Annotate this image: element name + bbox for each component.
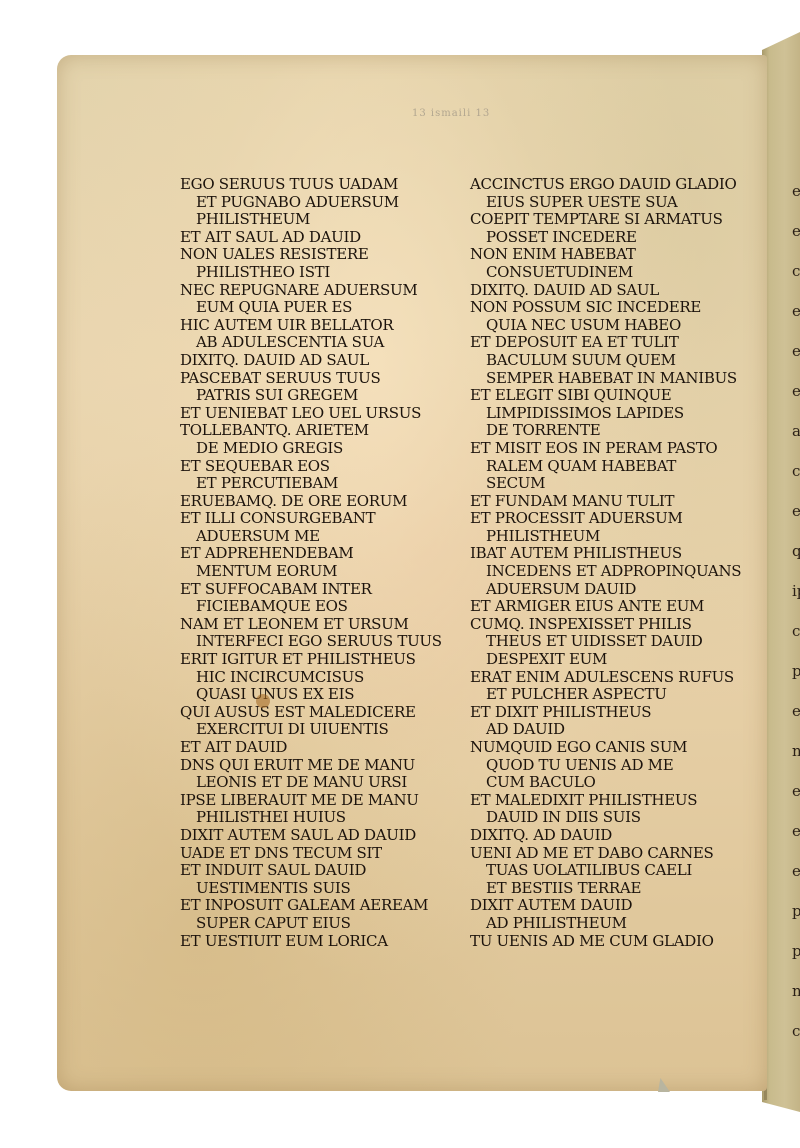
manuscript-line: erat enim adulescens rufus xyxy=(470,669,750,687)
manuscript-line: posset incedere xyxy=(470,229,750,247)
manuscript-line: eruebamq. de ore eorum xyxy=(180,493,470,511)
manuscript-line: non possum sic incedere xyxy=(470,299,750,317)
manuscript-line: non enim habebat xyxy=(470,246,750,264)
facing-page-fragment: e xyxy=(792,782,800,800)
manuscript-line: uestimentis suis xyxy=(180,880,470,898)
manuscript-line: dixitq. dauid ad saul xyxy=(180,352,470,370)
manuscript-line: non uales resistere xyxy=(180,246,470,264)
facing-page-fragment: er xyxy=(792,702,800,720)
manuscript-line: et percutiebam xyxy=(180,475,470,493)
facing-page-fragment: q xyxy=(792,542,800,560)
manuscript-line: et suffocabam inter xyxy=(180,581,470,599)
manuscript-line: nam et leonem et ursum xyxy=(180,616,470,634)
manuscript-line: ficiebamque eos xyxy=(180,598,470,616)
manuscript-line: semper habebat in manibus xyxy=(470,370,750,388)
manuscript-line: aduersum me xyxy=(180,528,470,546)
manuscript-line: ueni ad me et dabo carnes xyxy=(470,845,750,863)
facing-page-fragment: e xyxy=(792,302,800,320)
manuscript-line: accinctus ergo dauid gladio xyxy=(470,176,750,194)
manuscript-line: et armiger eius ante eum xyxy=(470,598,750,616)
manuscript-line: et misit eos in peram pasto xyxy=(470,440,750,458)
manuscript-line: dixit autem saul ad dauid xyxy=(180,827,470,845)
ink-stain xyxy=(256,694,270,708)
manuscript-line: ibat autem philistheus xyxy=(470,545,750,563)
manuscript-line: eum quia puer es xyxy=(180,299,470,317)
manuscript-line: mentum eorum xyxy=(180,563,470,581)
manuscript-line: et pulcher aspectu xyxy=(470,686,750,704)
manuscript-line: qui ausus est maledicere xyxy=(180,704,470,722)
manuscript-line: dixit autem dauid xyxy=(470,897,750,915)
facing-page-fragment: a xyxy=(792,422,800,440)
facing-page-fragment: er xyxy=(792,862,800,880)
facing-page-edge: eecceeeaceqipcpeerneererppencun xyxy=(762,32,800,1112)
manuscript-line: philisthei huius xyxy=(180,809,470,827)
manuscript-line: ipse liberauit me de manu xyxy=(180,792,470,810)
left-text-column: ego seruus tuus uadamet pugnabo aduersum… xyxy=(180,176,470,950)
manuscript-line: baculum suum quem xyxy=(470,352,750,370)
margin-note: 13 ismaili 13 xyxy=(412,108,490,119)
facing-page-fragment: c xyxy=(792,622,800,640)
manuscript-line: tu uenis ad me cum gladio xyxy=(470,933,750,951)
facing-page-fragment: cun xyxy=(792,1022,800,1040)
manuscript-line: pascebat seruus tuus xyxy=(180,370,470,388)
facing-page-fragment: n xyxy=(792,742,800,760)
facing-page-fragment: p xyxy=(792,902,800,920)
manuscript-line: theus et uidisset dauid xyxy=(470,633,750,651)
manuscript-line: et ueniebat leo uel ursus xyxy=(180,405,470,423)
facing-page-fragment: ec xyxy=(792,222,800,240)
manuscript-line: ad philistheum xyxy=(470,915,750,933)
manuscript-line: ab adulescentia sua xyxy=(180,334,470,352)
manuscript-line: et deposuit ea et tulit xyxy=(470,334,750,352)
manuscript-line: de medio gregis xyxy=(180,440,470,458)
facing-page-fragment: pe xyxy=(792,662,800,680)
facing-page-fragment: er xyxy=(792,822,800,840)
manuscript-line: numquid ego canis sum xyxy=(470,739,750,757)
manuscript-line: et bestiis terrae xyxy=(470,880,750,898)
manuscript-line: aduersum dauid xyxy=(470,581,750,599)
manuscript-line: et maledixit philistheus xyxy=(470,792,750,810)
facing-page-fragment: n xyxy=(792,982,800,1000)
manuscript-line: secum xyxy=(470,475,750,493)
facing-page-fragment: c xyxy=(792,262,800,280)
manuscript-line: philistheum xyxy=(180,211,470,229)
manuscript-line: de torrente xyxy=(470,422,750,440)
facing-page-fragment: e xyxy=(792,182,800,200)
manuscript-line: dixitq. ad dauid xyxy=(470,827,750,845)
manuscript-line: patris sui gregem xyxy=(180,387,470,405)
right-text-column: accinctus ergo dauid gladioeius super ue… xyxy=(470,176,750,950)
facing-page-fragment: c xyxy=(792,462,800,480)
manuscript-line: ego seruus tuus uadam xyxy=(180,176,470,194)
facing-page-fragment: e xyxy=(792,502,800,520)
facing-page-fragment: e xyxy=(792,382,800,400)
manuscript-line: et sequebar eos xyxy=(180,458,470,476)
manuscript-line: quia nec usum habeo xyxy=(470,317,750,335)
manuscript-line: et adprehendebam xyxy=(180,545,470,563)
manuscript-line: ralem quam habebat xyxy=(470,458,750,476)
manuscript-line: hic incircumcisus xyxy=(180,669,470,687)
manuscript-line: et uestiuit eum lorica xyxy=(180,933,470,951)
manuscript-line: exercitui di uiuentis xyxy=(180,721,470,739)
manuscript-line: et illi consurgebant xyxy=(180,510,470,528)
manuscript-line: quasi unus ex eis xyxy=(180,686,470,704)
manuscript-line: consuetudinem xyxy=(470,264,750,282)
manuscript-line: tuas uolatilibus caeli xyxy=(470,862,750,880)
manuscript-line: erit igitur et philistheus xyxy=(180,651,470,669)
facing-page-fragment: pe xyxy=(792,942,800,960)
manuscript-line: eius super ueste sua xyxy=(470,194,750,212)
manuscript-line: interfeci ego seruus tuus xyxy=(180,633,470,651)
manuscript-line: cumq. inspexisset philis xyxy=(470,616,750,634)
manuscript-line: philistheo isti xyxy=(180,264,470,282)
manuscript-line: limpidissimos lapides xyxy=(470,405,750,423)
manuscript-line: cum baculo xyxy=(470,774,750,792)
manuscript-line: et induit saul dauid xyxy=(180,862,470,880)
manuscript-line: dns qui eruit me de manu xyxy=(180,757,470,775)
manuscript-line: despexit eum xyxy=(470,651,750,669)
manuscript-line: et dixit philistheus xyxy=(470,704,750,722)
manuscript-line: et fundam manu tulit xyxy=(470,493,750,511)
manuscript-line: et pugnabo aduersum xyxy=(180,194,470,212)
manuscript-line: hic autem uir bellator xyxy=(180,317,470,335)
manuscript-line: dauid in diis suis xyxy=(470,809,750,827)
manuscript-line: coepit temptare si armatus xyxy=(470,211,750,229)
manuscript-line: leonis et de manu ursi xyxy=(180,774,470,792)
manuscript-line: quod tu uenis ad me xyxy=(470,757,750,775)
manuscript-line: et processit aduersum xyxy=(470,510,750,528)
manuscript-line: incedens et adpropinquans xyxy=(470,563,750,581)
manuscript-line: nec repugnare aduersum xyxy=(180,282,470,300)
facing-page-fragment: e xyxy=(792,342,800,360)
manuscript-line: et inposuit galeam aeream xyxy=(180,897,470,915)
manuscript-line: dixitq. dauid ad saul xyxy=(470,282,750,300)
manuscript-line: et ait dauid xyxy=(180,739,470,757)
manuscript-line: ad dauid xyxy=(470,721,750,739)
manuscript-line: uade et dns tecum sit xyxy=(180,845,470,863)
manuscript-line: et elegit sibi quinque xyxy=(470,387,750,405)
manuscript-line: et ait saul ad dauid xyxy=(180,229,470,247)
facing-page-fragment: ip xyxy=(792,582,800,600)
manuscript-line: philistheum xyxy=(470,528,750,546)
manuscript-line: super caput eius xyxy=(180,915,470,933)
manuscript-line: tollebantq. arietem xyxy=(180,422,470,440)
